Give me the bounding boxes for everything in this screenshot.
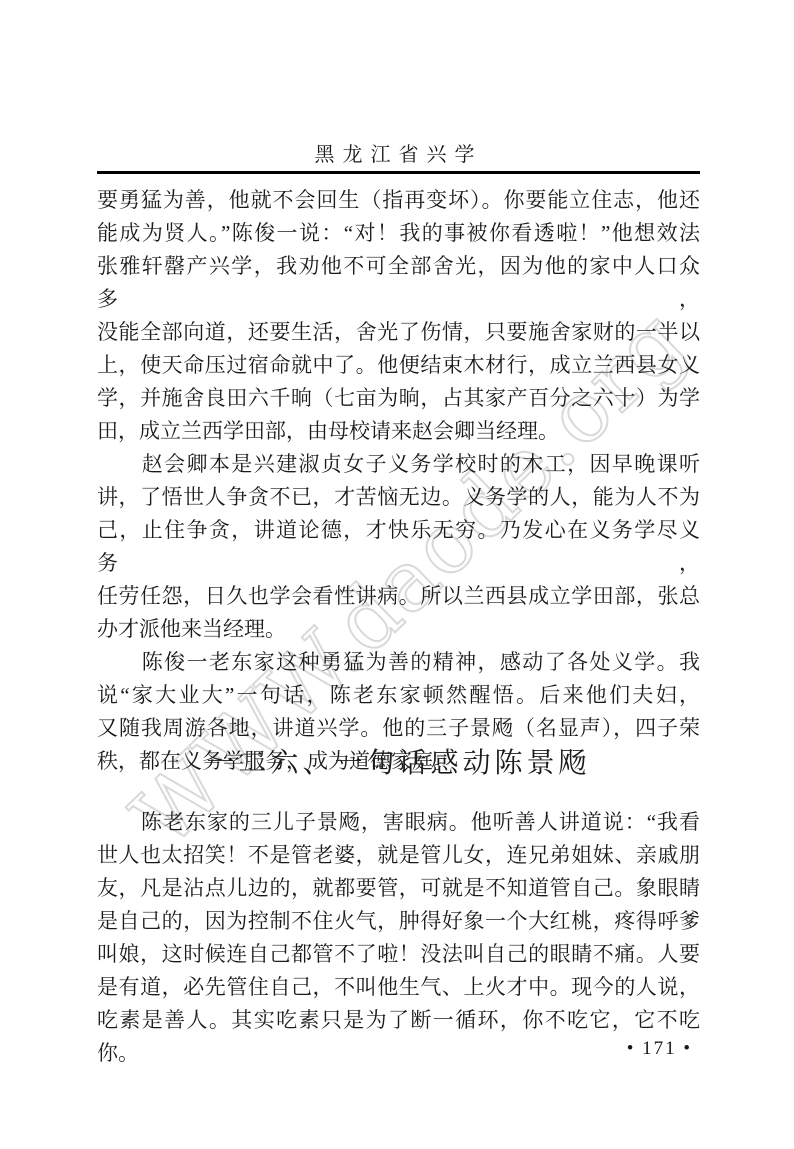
- body-paragraphs-top: 要勇猛为善，他就不会回生（指再变坏）。你要能立住志，他还 能成为贤人。”陈俊一说…: [97, 184, 700, 778]
- body-line: 陈俊一老东家这种勇猛为善的精神，感动了各处义学。我: [97, 646, 700, 679]
- running-header-title: 黑龙江省兴学: [97, 138, 700, 167]
- body-line: 要勇猛为善，他就不会回生（指再变坏）。你要能立住志，他还: [97, 184, 700, 217]
- body-line: 没能全部向道，还要生活，舍光了伤情，只要施舍家财的一半以: [97, 316, 700, 349]
- body-line: 吃素是善人。其实吃素只是为了断一循环，你不吃它，它不吃你。: [97, 1004, 700, 1070]
- body-line: 说“家大业大”一句话，陈老东家顿然醒悟。后来他们夫妇，: [97, 679, 700, 712]
- body-line: 陈老东家的三儿子景飏，害眼病。他听善人讲道说：“我看: [97, 806, 700, 839]
- book-page: WWW.daode.org 黑龙江省兴学 要勇猛为善，他就不会回生（指再变坏）。…: [0, 0, 794, 1149]
- body-line: 赵会卿本是兴建淑贞女子义务学校时的木工，因早晚课听: [97, 448, 700, 481]
- page-number: • 171 •: [627, 1038, 692, 1060]
- body-line: 是有道，必先管住自己，不叫他生气、上火才中。现今的人说，: [97, 971, 700, 1004]
- body-line: 世人也太招笑！不是管老婆，就是管儿女，连兄弟姐妹、亲戚朋: [97, 839, 700, 872]
- body-line: 张雅轩罄产兴学，我劝他不可全部舍光，因为他的家中人口众多，: [97, 250, 700, 316]
- body-line: 办才派他来当经理。: [97, 613, 700, 646]
- body-line: 己，止住争贪，讲道论德，才快乐无穷。乃发心在义务学尽义务，: [97, 514, 700, 580]
- body-line: 叫娘，这时候连自己都管不了啦！没法叫自己的眼睛不痛。人要: [97, 938, 700, 971]
- body-line: 学，并施舍良田六千晌（七亩为晌，占其家产百分之六十）为学: [97, 382, 700, 415]
- body-line: 是自己的，因为控制不住火气，肿得好象一个大红桃，疼得呼爹: [97, 905, 700, 938]
- body-line: 田，成立兰西学田部，由母校请来赵会卿当经理。: [97, 415, 700, 448]
- body-line: 能成为贤人。”陈俊一说：“对！我的事被你看透啦！”他想效法: [97, 217, 700, 250]
- section-heading: 一二六、一句话感动陈景飏: [97, 741, 700, 781]
- body-paragraphs-bottom: 陈老东家的三儿子景飏，害眼病。他听善人讲道说：“我看 世人也太招笑！不是管老婆，…: [97, 806, 700, 1070]
- body-line: 上，使天命压过宿命就中了。他便结束木材行，成立兰西县女义: [97, 349, 700, 382]
- header-rule: [97, 171, 700, 174]
- body-line: 友，凡是沾点儿边的，就都要管，可就是不知道管自己。象眼睛: [97, 872, 700, 905]
- body-line: 讲，了悟世人争贪不已，才苦恼无边。义务学的人，能为人不为: [97, 481, 700, 514]
- body-line: 任劳任怨，日久也学会看性讲病。所以兰西县成立学田部，张总: [97, 580, 700, 613]
